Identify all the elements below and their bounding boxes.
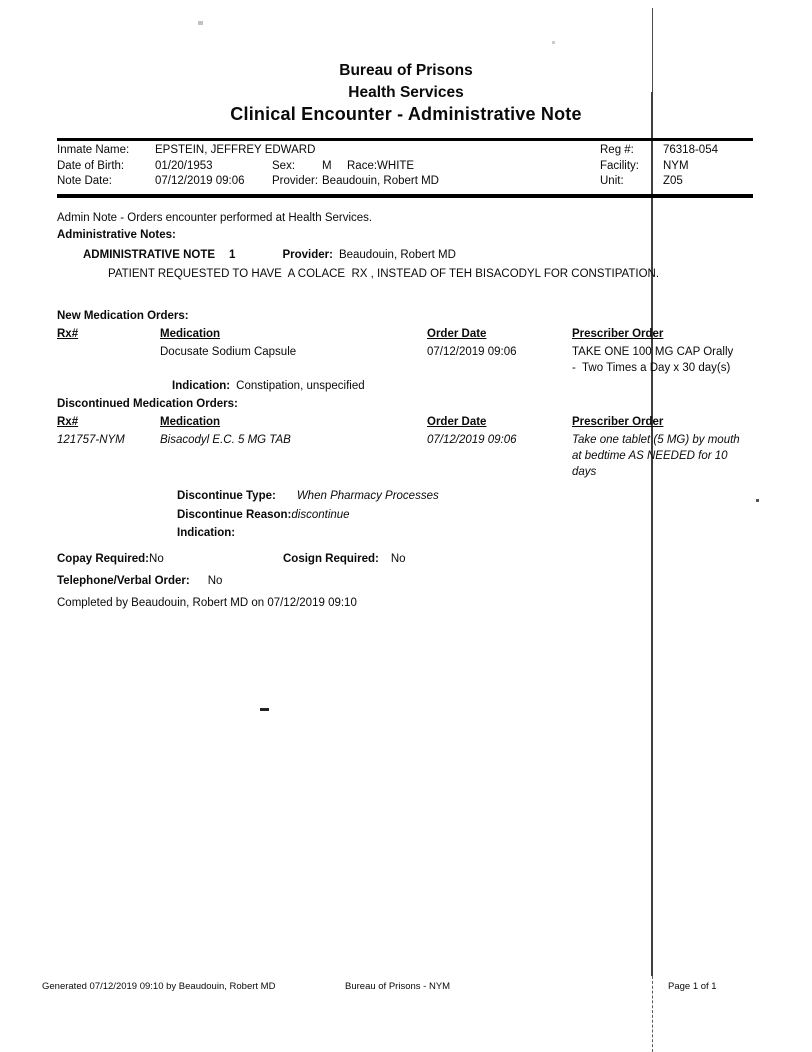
new-order-medication: Docusate Sodium Capsule bbox=[160, 346, 296, 359]
facility-label: Facility: bbox=[600, 160, 639, 173]
new-order-indication: Indication:Constipation, unspecified bbox=[172, 380, 365, 393]
copay-row: Copay Required:No bbox=[57, 553, 164, 566]
dob-label: Date of Birth: bbox=[57, 160, 124, 173]
unit-label: Unit: bbox=[600, 175, 624, 188]
admin-notes-heading: Administrative Notes: bbox=[57, 229, 176, 242]
disc-order-rx: 121757-NYM bbox=[57, 434, 125, 447]
department-title: Health Services bbox=[0, 84, 812, 102]
dob-value: 01/20/1953 bbox=[155, 160, 213, 173]
unit-value: Z05 bbox=[663, 175, 683, 188]
note-date-label: Note Date: bbox=[57, 175, 112, 188]
inmate-name-value: EPSTEIN, JEFFREY EDWARD bbox=[155, 144, 315, 157]
disc-orders-header-prescriber: Prescriber Order bbox=[572, 416, 663, 429]
disc-order-prescriber-line: days bbox=[572, 466, 596, 479]
discontinue-type-value: When Pharmacy Processes bbox=[297, 490, 439, 502]
footer-center: Bureau of Prisons - NYM bbox=[345, 981, 450, 992]
scan-line-vertical bbox=[651, 92, 653, 976]
reg-value: 76318-054 bbox=[663, 144, 718, 157]
discontinue-reason-label: Discontinue Reason: bbox=[177, 509, 291, 521]
disc-order-prescriber-line: Take one tablet (5 MG) by mouth bbox=[572, 434, 740, 447]
admin-intro: Admin Note - Orders encounter performed … bbox=[57, 212, 372, 225]
disc-orders-header-medication: Medication bbox=[160, 416, 220, 429]
telephone-order-value: No bbox=[208, 575, 223, 587]
disc-indication-label: Indication: bbox=[177, 527, 235, 540]
new-order-prescriber-line: TAKE ONE 100 MG CAP Orally bbox=[572, 346, 733, 359]
footer-page-number: Page 1 of 1 bbox=[668, 981, 717, 992]
new-order-prescriber-line: - Two Times a Day x 30 day(s) bbox=[572, 362, 730, 375]
disc-order-medication: Bisacodyl E.C. 5 MG TAB bbox=[160, 434, 291, 447]
completed-by-line: Completed by Beaudouin, Robert MD on 07/… bbox=[57, 597, 357, 610]
disc-order-date: 07/12/2019 09:06 bbox=[427, 434, 517, 447]
admin-note-number: 1 bbox=[229, 249, 235, 261]
admin-note-provider-label: Provider: bbox=[282, 249, 333, 261]
scan-line-vertical-bottom bbox=[652, 976, 653, 1052]
admin-note-text: PATIENT REQUESTED TO HAVE A COLACE RX , … bbox=[108, 268, 659, 281]
discontinue-type-row: Discontinue Type:When Pharmacy Processes bbox=[177, 490, 439, 503]
race-label: Race: bbox=[347, 160, 377, 172]
scan-dot-artifact bbox=[756, 499, 759, 502]
new-orders-header-order-date: Order Date bbox=[427, 328, 486, 341]
provider-value: Beaudouin, Robert MD bbox=[322, 175, 439, 188]
scan-dash-artifact bbox=[260, 708, 269, 711]
indication-value: Constipation, unspecified bbox=[236, 380, 365, 392]
disc-orders-heading: Discontinued Medication Orders: bbox=[57, 398, 238, 411]
divider-top bbox=[57, 138, 753, 141]
new-order-date: 07/12/2019 09:06 bbox=[427, 346, 517, 359]
copay-label: Copay Required: bbox=[57, 553, 149, 565]
sex-label: Sex: bbox=[272, 160, 295, 173]
disc-orders-header-order-date: Order Date bbox=[427, 416, 486, 429]
org-title: Bureau of Prisons bbox=[0, 62, 812, 80]
admin-note-title: ADMINISTRATIVE NOTE bbox=[83, 249, 215, 261]
reg-label: Reg #: bbox=[600, 144, 634, 157]
cosign-label: Cosign Required: bbox=[283, 553, 379, 565]
note-date-value: 07/12/2019 09:06 bbox=[155, 175, 245, 188]
provider-label: Provider: bbox=[272, 175, 318, 188]
scan-speck bbox=[552, 41, 555, 44]
facility-value: NYM bbox=[663, 160, 689, 173]
race-value: WHITE bbox=[377, 160, 414, 172]
cosign-row: Cosign Required:No bbox=[283, 553, 406, 566]
new-orders-header-rx: Rx# bbox=[57, 328, 78, 341]
footer-generated: Generated 07/12/2019 09:10 by Beaudouin,… bbox=[42, 981, 275, 992]
telephone-order-row: Telephone/Verbal Order:No bbox=[57, 575, 222, 588]
admin-note-line: ADMINISTRATIVE NOTE1Provider:Beaudouin, … bbox=[83, 249, 456, 262]
new-orders-header-prescriber: Prescriber Order bbox=[572, 328, 663, 341]
copay-value: No bbox=[149, 553, 164, 565]
disc-orders-header-rx: Rx# bbox=[57, 416, 78, 429]
divider-bottom bbox=[57, 194, 753, 198]
race-field: Race:WHITE bbox=[347, 160, 414, 173]
discontinue-type-label: Discontinue Type: bbox=[177, 490, 276, 502]
new-orders-header-medication: Medication bbox=[160, 328, 220, 341]
indication-label: Indication: bbox=[172, 380, 230, 392]
document-title: Clinical Encounter - Administrative Note bbox=[0, 104, 812, 125]
new-orders-heading: New Medication Orders: bbox=[57, 310, 189, 323]
telephone-order-label: Telephone/Verbal Order: bbox=[57, 575, 190, 587]
discontinue-reason-row: Discontinue Reason:discontinue bbox=[177, 509, 350, 522]
inmate-name-label: Inmate Name: bbox=[57, 144, 129, 157]
cosign-value: No bbox=[391, 553, 406, 565]
document-page: Bureau of Prisons Health Services Clinic… bbox=[0, 0, 812, 1052]
scan-speck bbox=[198, 21, 203, 25]
admin-note-provider: Beaudouin, Robert MD bbox=[339, 249, 456, 261]
disc-order-prescriber-line: at bedtime AS NEEDED for 10 bbox=[572, 450, 728, 463]
sex-value: M bbox=[322, 160, 332, 173]
discontinue-reason-value: discontinue bbox=[291, 509, 349, 521]
